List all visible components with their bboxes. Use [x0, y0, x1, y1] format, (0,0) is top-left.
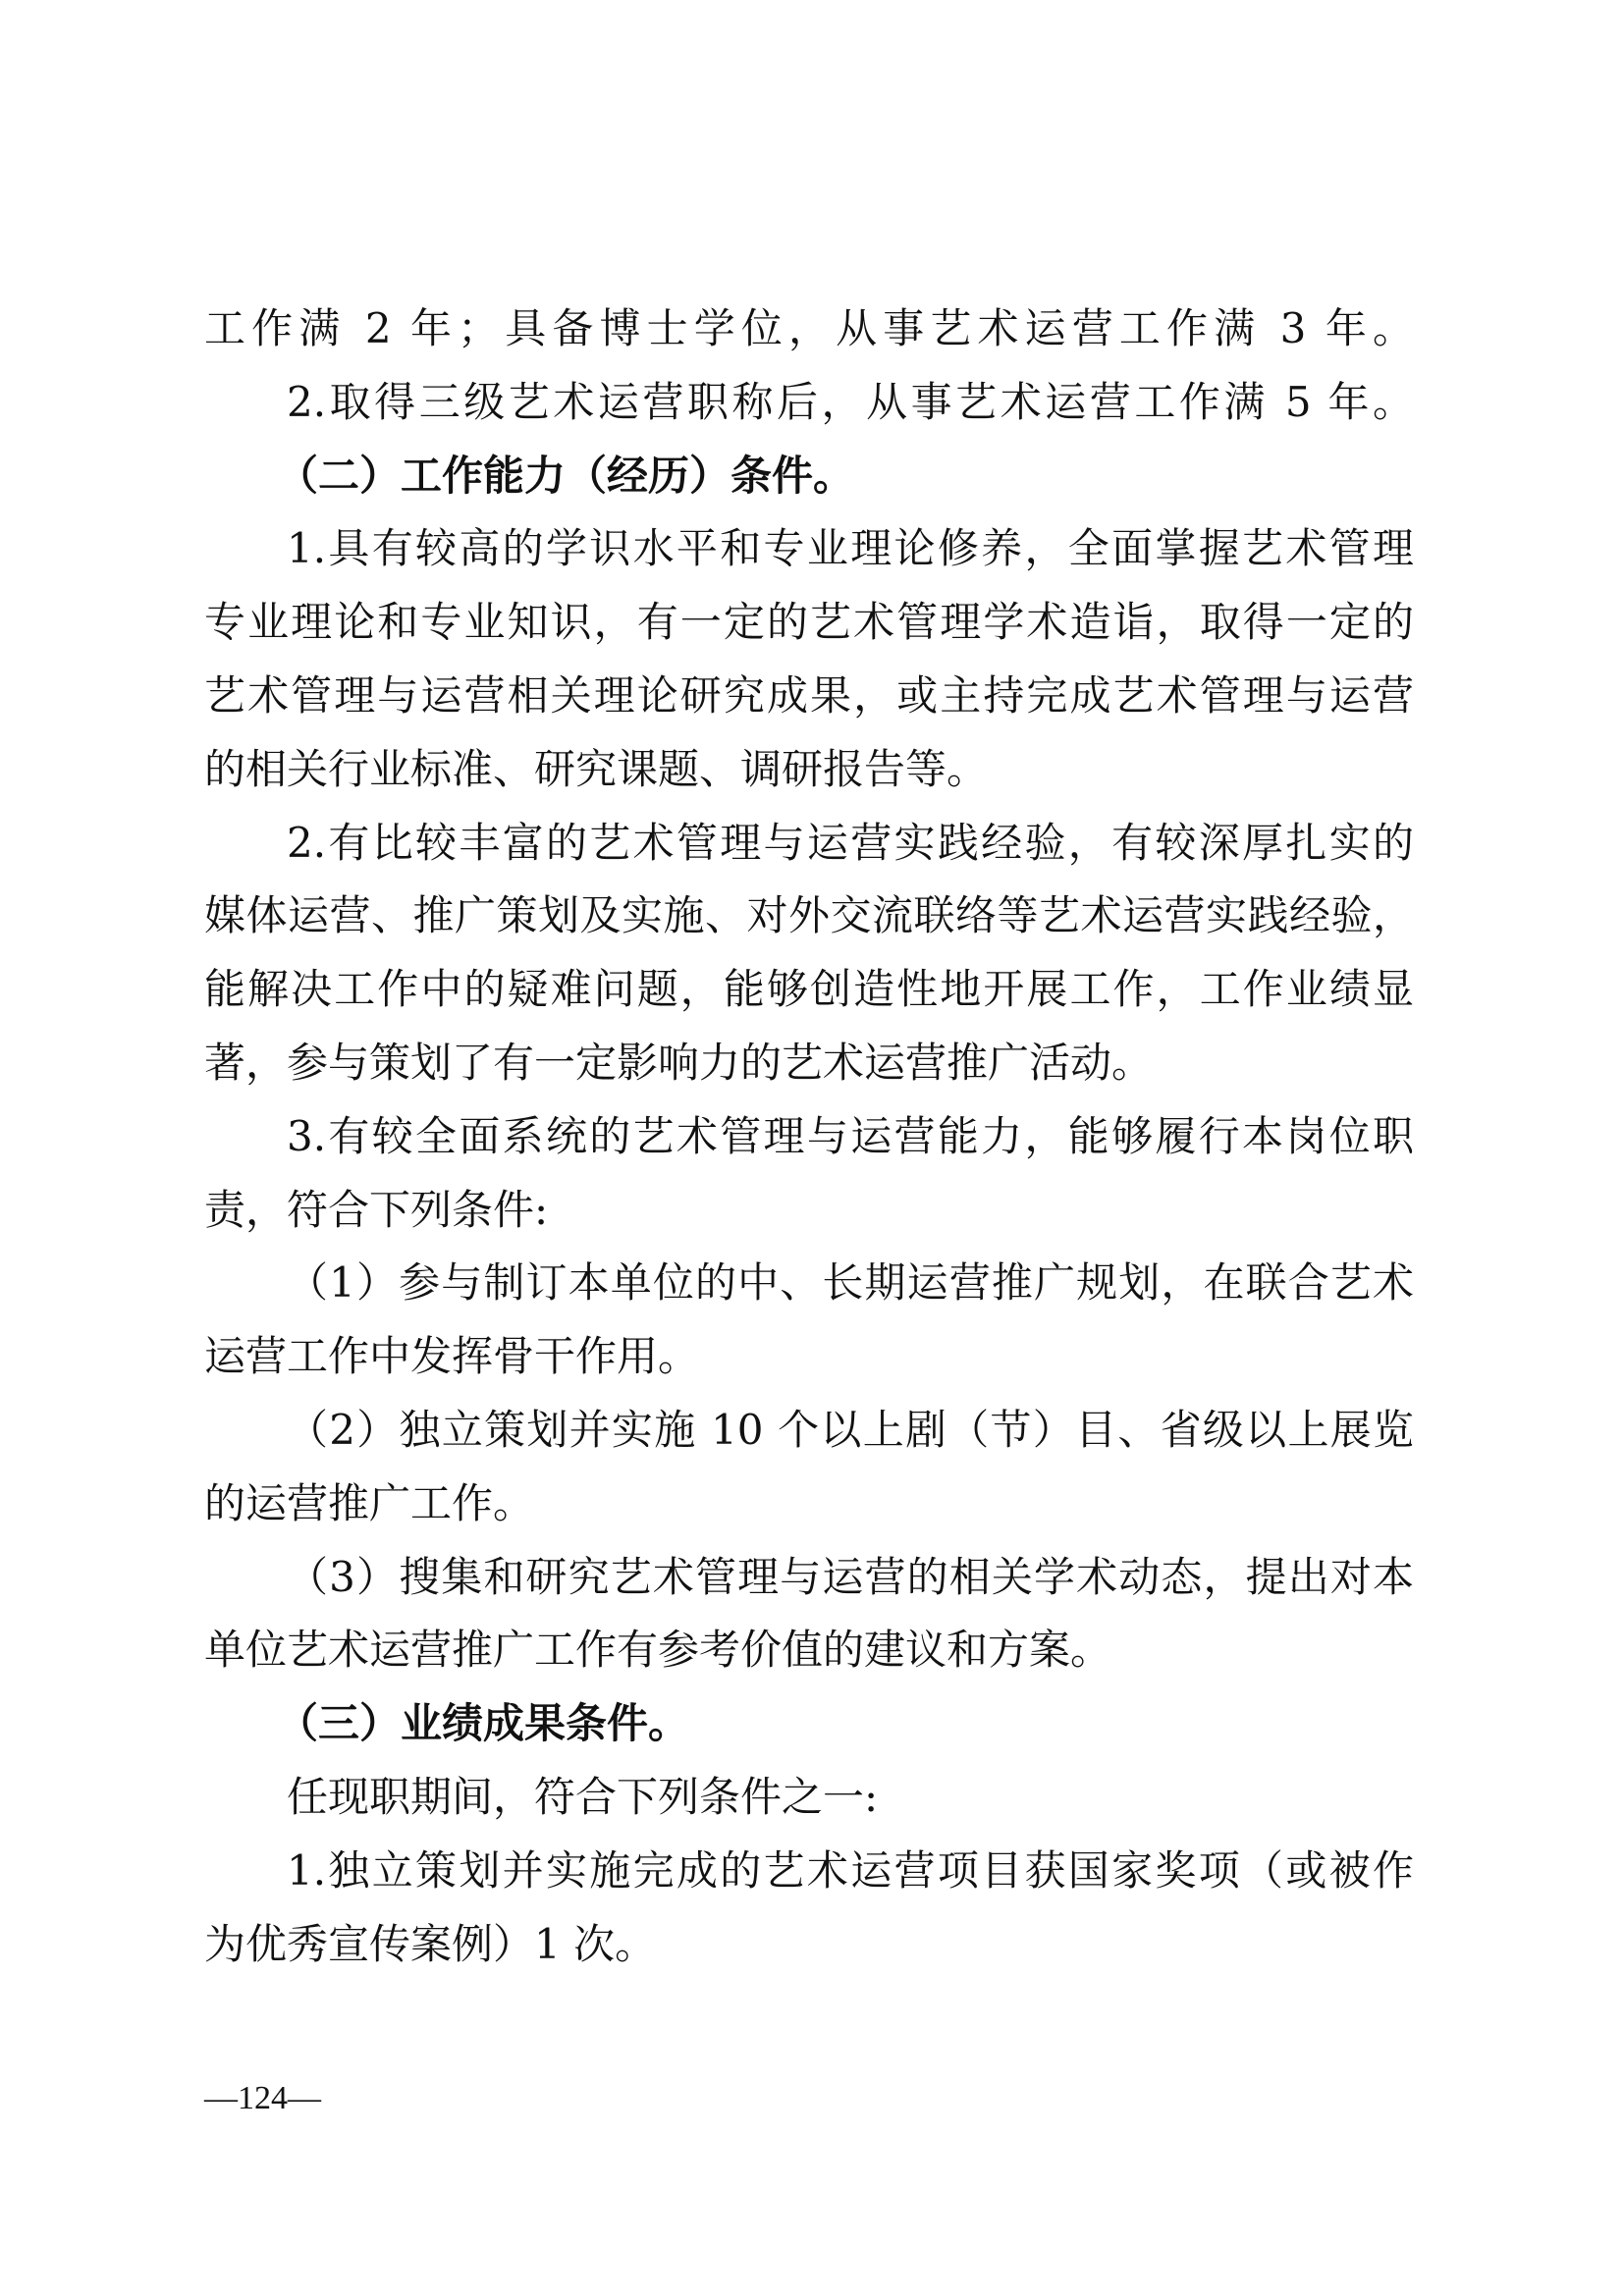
- paragraph-line: 单位艺术运营推广工作有参考价值的建议和方案。: [204, 1621, 1414, 1680]
- section-heading-achievements: （三）业绩成果条件。: [277, 1694, 1487, 1753]
- section-heading-work-ability: （二）工作能力（经历）条件。: [277, 447, 1487, 506]
- paragraph-line: 的运营推广工作。: [204, 1474, 1414, 1533]
- paragraph-line: 工作满 2 年；具备博士学位，从事艺术运营工作满 3 年。: [204, 299, 1414, 358]
- document-page: 工作满 2 年；具备博士学位，从事艺术运营工作满 3 年。 2.取得三级艺术运营…: [0, 0, 1623, 2296]
- paragraph-line: 媒体运营、推广策划及实施、对外交流联络等艺术运营实践经验，: [204, 886, 1414, 945]
- paragraph-line: （3）搜集和研究艺术管理与运营的相关学术动态，提出对本: [287, 1548, 1414, 1607]
- paragraph-line: （1）参与制订本单位的中、长期运营推广规划，在联合艺术: [287, 1254, 1414, 1312]
- page-number: —124—: [204, 2077, 321, 2120]
- paragraph-line: （2）独立策划并实施 10 个以上剧（节）目、省级以上展览: [287, 1401, 1414, 1460]
- paragraph-line: 2.有比较丰富的艺术管理与运营实践经验，有较深厚扎实的: [287, 814, 1414, 873]
- paragraph-line: 为优秀宣传案例）1 次。: [204, 1915, 1414, 1974]
- paragraph-line: 的相关行业标准、研究课题、调研报告等。: [204, 740, 1414, 799]
- paragraph-line: 2.取得三级艺术运营职称后，从事艺术运营工作满 5 年。: [287, 373, 1414, 432]
- paragraph-line: 3.有较全面系统的艺术管理与运营能力，能够履行本岗位职: [287, 1107, 1414, 1166]
- paragraph-line: 1.独立策划并实施完成的艺术运营项目获国家奖项（或被作: [287, 1842, 1414, 1900]
- paragraph-line: 运营工作中发挥骨干作用。: [204, 1327, 1414, 1386]
- paragraph-line: 专业理论和专业知识，有一定的艺术管理学术造诣，取得一定的: [204, 593, 1414, 652]
- paragraph-line: 艺术管理与运营相关理论研究成果，或主持完成艺术管理与运营: [204, 667, 1414, 725]
- paragraph-line: 1.具有较高的学识水平和专业理论修养，全面掌握艺术管理: [287, 519, 1414, 578]
- paragraph-line: 任现职期间，符合下列条件之一:: [287, 1768, 1414, 1827]
- paragraph-line: 著，参与策划了有一定影响力的艺术运营推广活动。: [204, 1034, 1414, 1093]
- paragraph-line: 能解决工作中的疑难问题，能够创造性地开展工作，工作业绩显: [204, 960, 1414, 1019]
- paragraph-line: 责，符合下列条件:: [204, 1181, 1414, 1240]
